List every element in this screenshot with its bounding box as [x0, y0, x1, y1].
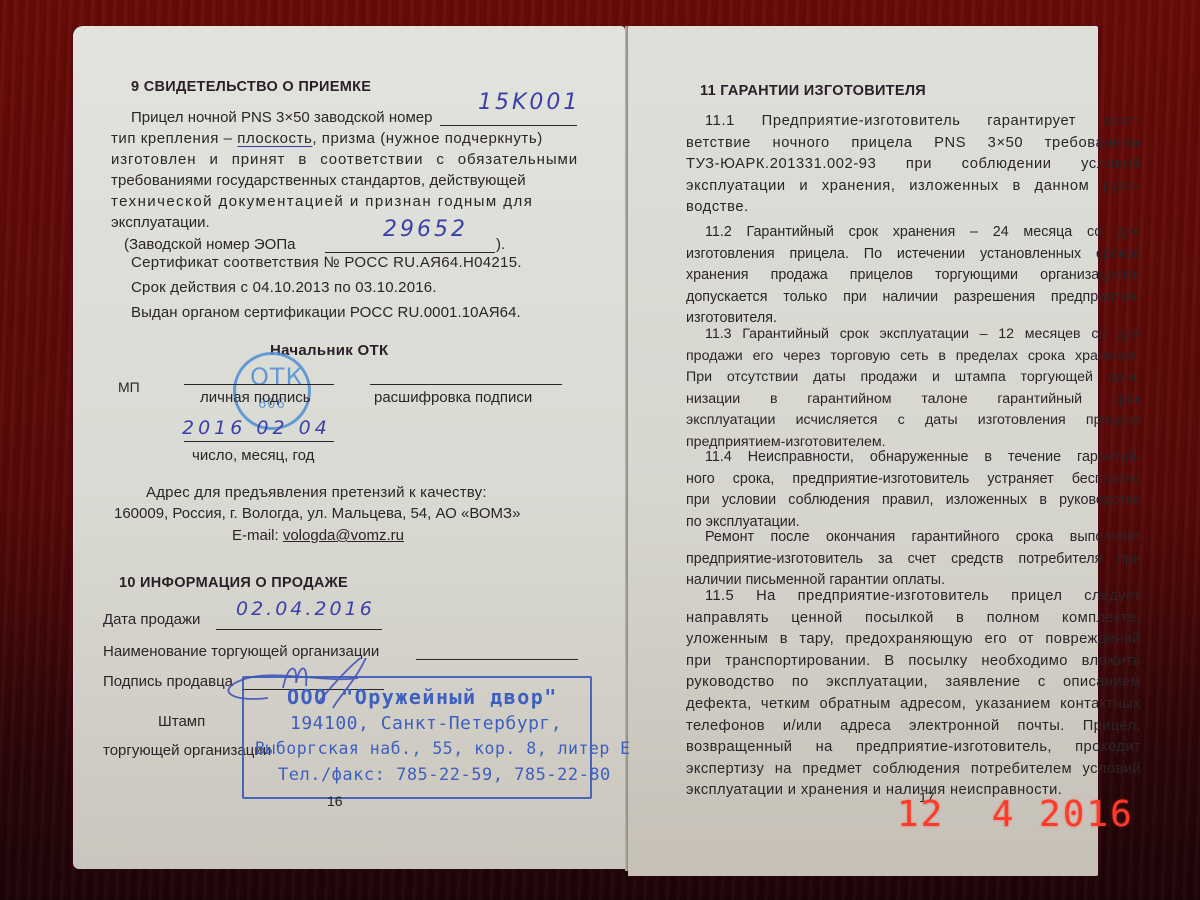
section-9-title: 9 СВИДЕТЕЛЬСТВО О ПРИЕМКЕ [131, 79, 371, 95]
p11-5-line: дефекта, четким обратным адресом, указан… [686, 694, 1141, 716]
eop-number-label: (Заводской номер ЭОПа [124, 236, 295, 253]
signature-decoding-label: расшифровка подписи [374, 389, 532, 406]
org-name-field-line [416, 645, 578, 660]
repair-line: Ремонт после окончания гарантийного срок… [686, 527, 1141, 549]
p11-2-line: хранения продажа прицелов торгующими орг… [686, 265, 1141, 287]
page-number-16: 16 [327, 793, 343, 809]
mount-type-line: тип крепления – плоскость, призма (нужно… [111, 130, 578, 147]
eop-number-handwritten: 29652 [383, 217, 468, 242]
p11-5-line: направлять ценной посылкой в полном комп… [686, 608, 1141, 630]
seller-stamp-line-2: 194100, Санкт-Петербург, [290, 713, 562, 734]
signature-decoding-line [370, 371, 562, 385]
sale-date-label: Дата продажи [103, 611, 200, 628]
p11-3-line: продажи его через торговую сеть в предел… [686, 346, 1141, 368]
claims-email-line: E-mail: vologda@vomz.ru [232, 527, 404, 544]
p11-5-line: при транспортировании. В посылку необход… [686, 651, 1141, 673]
p11-1-line: 11.1 Предприятие-изготовитель гарантируе… [686, 111, 1141, 133]
p11-1-line: ТУЗ-ЮАРК.201331.002-93 при соблюдении ус… [686, 154, 1141, 176]
certificate-issuer: Выдан органом сертификации РОСС RU.0001.… [131, 304, 521, 321]
personal-signature-label: личная подпись [200, 389, 311, 406]
eop-number-suffix: ). [496, 236, 505, 253]
mount-type-selected: плоскость [237, 130, 312, 147]
acceptance-text-line-5: технической документацией и признан годн… [111, 193, 578, 210]
p11-5-line: руководство по эксплуатации, заявление с… [686, 672, 1141, 694]
mount-type-suffix: , призма (нужное подчеркнуть) [312, 130, 542, 147]
p11-5-line: уложенным в тару, предохраняющую его от … [686, 629, 1141, 651]
p11-2-line: допускается только при наличии разрешени… [686, 287, 1141, 309]
serial-number-handwritten: 15K001 [478, 90, 580, 115]
p11-1-line: ветствие ночного прицела PNS 3×50 требов… [686, 133, 1141, 155]
camera-date-stamp: 12 4 2016 [897, 794, 1134, 835]
paragraph-11-2: 11.2 Гарантийный срок хранения – 24 меся… [686, 222, 1141, 330]
personal-signature-line [184, 371, 334, 385]
claims-address: 160009, Россия, г. Вологда, ул. Мальцева… [114, 505, 520, 522]
serial-number-label: Прицел ночной PNS 3×50 заводской номер [131, 109, 432, 126]
p11-1-line: эксплуатации и хранения, изложенных в да… [686, 176, 1141, 198]
p11-3-line: 11.3 Гарантийный срок эксплуатации – 12 … [686, 324, 1141, 346]
p11-2-line: изготовления прицела. По истечении устан… [686, 244, 1141, 266]
seller-stamp-line-4: Тел./факс: 785-22-59, 785-22-80 [278, 765, 611, 785]
acceptance-text-line-6: эксплуатации. [111, 214, 210, 231]
p11-1-line: водстве. [686, 197, 1141, 219]
paragraph-11-3: 11.3 Гарантийный срок эксплуатации – 12 … [686, 324, 1141, 454]
p11-4-line: при условии соблюдения правил, изложенны… [686, 490, 1141, 512]
p11-2-line: 11.2 Гарантийный срок хранения – 24 меся… [686, 222, 1141, 244]
mount-type-prefix: тип крепления – [111, 130, 237, 147]
acceptance-text-line-4: требованиями государственных стандартов,… [111, 172, 578, 189]
p11-3-line: При отсутствии даты продажи и штампа тор… [686, 367, 1141, 389]
p11-3-line: эксплуатации исчисляется с даты изготовл… [686, 410, 1141, 432]
seller-stamp-line-3: Выборгская наб., 55, кор. 8, литер Е [255, 739, 631, 758]
section-10-title: 10 ИНФОРМАЦИЯ О ПРОДАЖЕ [119, 575, 348, 591]
seller-stamp-line-1: ООО "Оружейный двор" [287, 685, 558, 709]
claims-address-heading: Адрес для предъявления претензий к качес… [146, 484, 487, 501]
sale-date-handwritten: 02.04.2016 [236, 598, 375, 620]
section-11-title: 11 ГАРАНТИИ ИЗГОТОВИТЕЛЯ [700, 83, 926, 99]
p11-3-line: низации в гарантийном талоне гарантийный… [686, 389, 1141, 411]
acceptance-date-line [184, 428, 334, 442]
email-link[interactable]: vologda@vomz.ru [283, 527, 404, 544]
p11-4-line: ного срока, предприятие-изготовитель уст… [686, 469, 1141, 491]
p11-5-line: экспертизу на предмет соблюдения потреби… [686, 759, 1141, 781]
p11-5-line: возвращенный на предприятие-изготовитель… [686, 737, 1141, 759]
paragraph-11-5: 11.5 На предприятие-изготовитель прицел … [686, 586, 1141, 802]
email-label: E-mail: [232, 527, 283, 544]
acceptance-text-line-3: изготовлен и принят в соответствии с обя… [111, 151, 578, 168]
certificate-number: Сертификат соответствия № РОСС RU.АЯ64.Н… [131, 254, 522, 271]
paragraph-repair: Ремонт после окончания гарантийного срок… [686, 527, 1141, 592]
paragraph-11-4: 11.4 Неисправности, обнаруженные в течен… [686, 447, 1141, 533]
stamp-label: Штамп [158, 713, 205, 730]
mp-label: МП [118, 379, 140, 395]
p11-5-line: 11.5 На предприятие-изготовитель прицел … [686, 586, 1141, 608]
certificate-validity: Срок действия с 04.10.2013 по 03.10.2016… [131, 279, 437, 296]
p11-5-line: телефонов и/или адреса электронной почты… [686, 716, 1141, 738]
p11-4-line: 11.4 Неисправности, обнаруженные в течен… [686, 447, 1141, 469]
acceptance-date-label: число, месяц, год [192, 447, 314, 464]
repair-line: предприятие-изготовитель за счет средств… [686, 549, 1141, 571]
paragraph-11-1: 11.1 Предприятие-изготовитель гарантируе… [686, 111, 1141, 219]
